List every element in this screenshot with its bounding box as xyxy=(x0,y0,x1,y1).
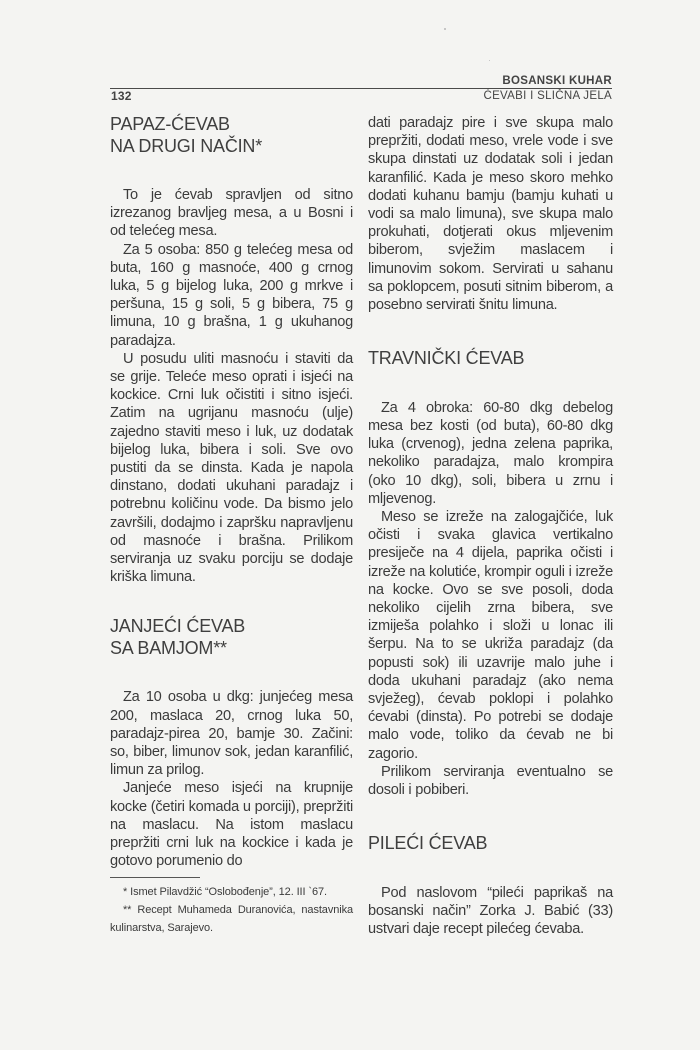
paragraph: Za 5 osoba: 850 g telećeg mesa od buta, … xyxy=(110,241,353,350)
recipe-title-pileci-cevab: PILEĆI ĆEVAB xyxy=(368,833,613,855)
header-rule xyxy=(110,88,612,89)
footnote-rule xyxy=(110,877,200,878)
paragraph-continued: dati paradajz pire i sve skupa malo prep… xyxy=(368,114,613,314)
footnote: ** Recept Muhameda Duranovića, nas­tavni… xyxy=(110,901,353,937)
page-number: 132 xyxy=(111,89,132,103)
paragraph: Za 4 obroka: 60-80 dkg debelog mesa bez … xyxy=(368,399,613,508)
recipe-title-papaz-cevab: PAPAZ-ĆEVAB NA DRUGI NAČIN* xyxy=(110,114,353,157)
title-line: PILEĆI ĆEVAB xyxy=(368,833,487,853)
paragraph: Meso se izreže na zalogajčiće, luk očist… xyxy=(368,508,613,763)
footnotes: * Ismet Pilavdžić “Oslobođenje”, 12. III… xyxy=(110,883,353,937)
title-line: TRAVNIČKI ĆEVAB xyxy=(368,348,524,368)
recipe-title-travnicki-cevab: TRAVNIČKI ĆEVAB xyxy=(368,348,613,370)
right-column: dati paradajz pire i sve skupa malo prep… xyxy=(368,114,613,938)
title-line: JANJEĆI ĆEVAB xyxy=(110,616,245,636)
paragraph: Prilikom serviranja eventualno se dosoli… xyxy=(368,763,613,799)
paragraph: Za 10 osoba u dkg: junjećeg mesa 200, ma… xyxy=(110,688,353,779)
recipe-title-janjeci-cevab: JANJEĆI ĆEVAB SA BAMJOM** xyxy=(110,616,353,659)
title-line: PAPAZ-ĆEVAB xyxy=(110,114,230,134)
book-title: BOSANSKI KUHAR xyxy=(502,75,612,87)
scan-speck xyxy=(444,28,446,30)
paragraph: Pod naslovom “pileći paprikaš na bosansk… xyxy=(368,884,613,939)
paragraph: Janjeće meso isjeći na krupnije kocke (č… xyxy=(110,779,353,870)
paragraph: U posudu uliti masnoću i staviti da se g… xyxy=(110,350,353,587)
chapter-title: ĆEVABI I SLIČNA JELA xyxy=(483,90,612,102)
scan-speck xyxy=(489,60,490,61)
title-line: SA BAMJOM** xyxy=(110,638,227,658)
running-header: BOSANSKI KUHAR 132 ĆEVABI I SLIČNA JELA xyxy=(110,74,612,106)
footnote: * Ismet Pilavdžić “Oslobođenje”, 12. III… xyxy=(110,883,353,901)
paragraph: To je ćevab spravljen od sitno izrezanog… xyxy=(110,186,353,241)
title-line: NA DRUGI NAČIN* xyxy=(110,136,262,156)
left-column: PAPAZ-ĆEVAB NA DRUGI NAČIN* To je ćevab … xyxy=(110,114,353,937)
